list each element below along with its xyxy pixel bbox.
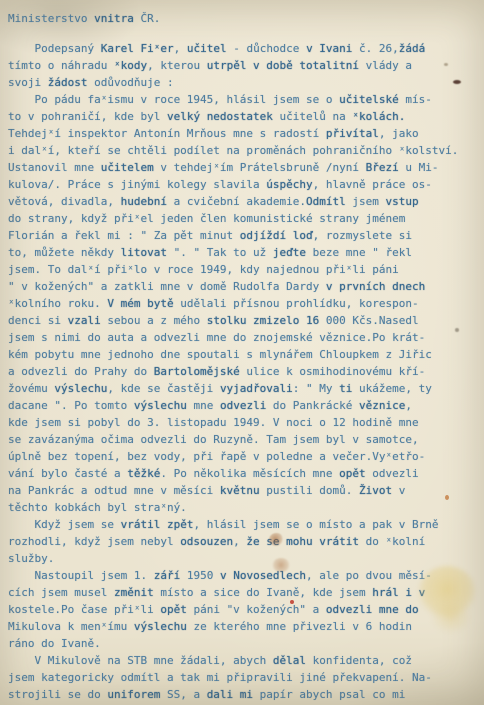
- text-line: Podepsaný Karel Fiˣer, učitel - důchodce…: [8, 40, 484, 57]
- text-line: na Pankrác a odtud mne v měsíci květnu p…: [8, 482, 484, 499]
- text-line: to, můžete někdy litovat ". " Tak to už …: [8, 244, 484, 261]
- text-lines: Ministerstvo vnitra ČR. Podepsaný Karel …: [8, 10, 484, 703]
- text-line: Když jsem se vrátil zpět, hlásil jsem se…: [8, 516, 484, 533]
- text-line: Po pádu faˣismu v roce 1945, hlásil jsem…: [8, 91, 484, 108]
- text-line: " v kožených" a zatkli mne v domě Rudolf…: [8, 278, 484, 295]
- text-line: jsem kategoricky odmítl a tak mi připrav…: [8, 669, 484, 686]
- text-line: kém pobytu mne jednoho dne spoutali s ml…: [8, 346, 484, 363]
- text-line: to v pohraničí, kde byl velký nedostatek…: [8, 108, 484, 125]
- text-line: svoji žádost odůvodňuje :: [8, 74, 484, 91]
- text-line: V Mikulově na STB mne žádali, abych děla…: [8, 652, 484, 669]
- text-line: úplně bez topení, bez vody, při řapě v p…: [8, 448, 484, 465]
- text-line: jsem. To dalˣí přiˣlo v roce 1949, kdy n…: [8, 261, 484, 278]
- text-line: kostele.Po čase přiˣli opět páni "v kože…: [8, 601, 484, 618]
- text-line: Florián a řekl mi : " Za pět minut odjíž…: [8, 227, 484, 244]
- text-line: těchto kobkách byl straˣný.: [8, 499, 484, 516]
- text-line: strojili se do uniforem SS, a dali mi pa…: [8, 686, 484, 703]
- text-line: kde jsem si pobyl do 3. listopadu 1949. …: [8, 414, 484, 431]
- document-page: Ministerstvo vnitra ČR. Podepsaný Karel …: [0, 0, 484, 705]
- text-line: dacane ". Po tomto výslechu mne odvezli …: [8, 397, 484, 414]
- text-line: Ustanovil mne učitelem v tehdejˣím Práte…: [8, 159, 484, 176]
- text-line: Nastoupil jsem 1. září 1950 v Novosedlec…: [8, 567, 484, 584]
- text-line: jsem s nimi do auta a odvezli mne do zno…: [8, 329, 484, 346]
- text-line: žovému výslechu, kde se častěji vyjadřov…: [8, 380, 484, 397]
- text-line: i dalˣí, kteří se chtěli podílet na prom…: [8, 142, 484, 159]
- text-line: větová, divadla, hudební a cvičební akad…: [8, 193, 484, 210]
- text-line: do strany, když přiˣel jeden člen komuni…: [8, 210, 484, 227]
- text-line: cích jsem musel změnit místo a sice do I…: [8, 584, 484, 601]
- text-line: Tehdejˣí inspektor Antonín Mrňous mne s …: [8, 125, 484, 142]
- text-line: a odvezli do Prahy do Bartolomějské ulic…: [8, 363, 484, 380]
- text-line: rozhodli, když jsem nebyl odsouzen, že s…: [8, 533, 484, 550]
- text-line: tímto o náhradu ˣkody, kterou utrpěl v d…: [8, 57, 484, 74]
- text-line: ráno do Ivaně.: [8, 635, 484, 652]
- text-line: ˣkolního roku. V mém bytě udělali přísno…: [8, 295, 484, 312]
- text-line: Mikulova k menˣímu výslechu ze kterého m…: [8, 618, 484, 635]
- text-line: se zavázanýma očima odvezli do Ruzyně. T…: [8, 431, 484, 448]
- text-line: kulova/. Práce s jinými kolegy slavila ú…: [8, 176, 484, 193]
- document-title: Ministerstvo vnitra ČR.: [8, 10, 484, 27]
- text-line: vání bylo časté a těžké. Po několika měs…: [8, 465, 484, 482]
- text-line: služby.: [8, 550, 484, 567]
- text-line: denci si vzali sebou a z mého stolku zmi…: [8, 312, 484, 329]
